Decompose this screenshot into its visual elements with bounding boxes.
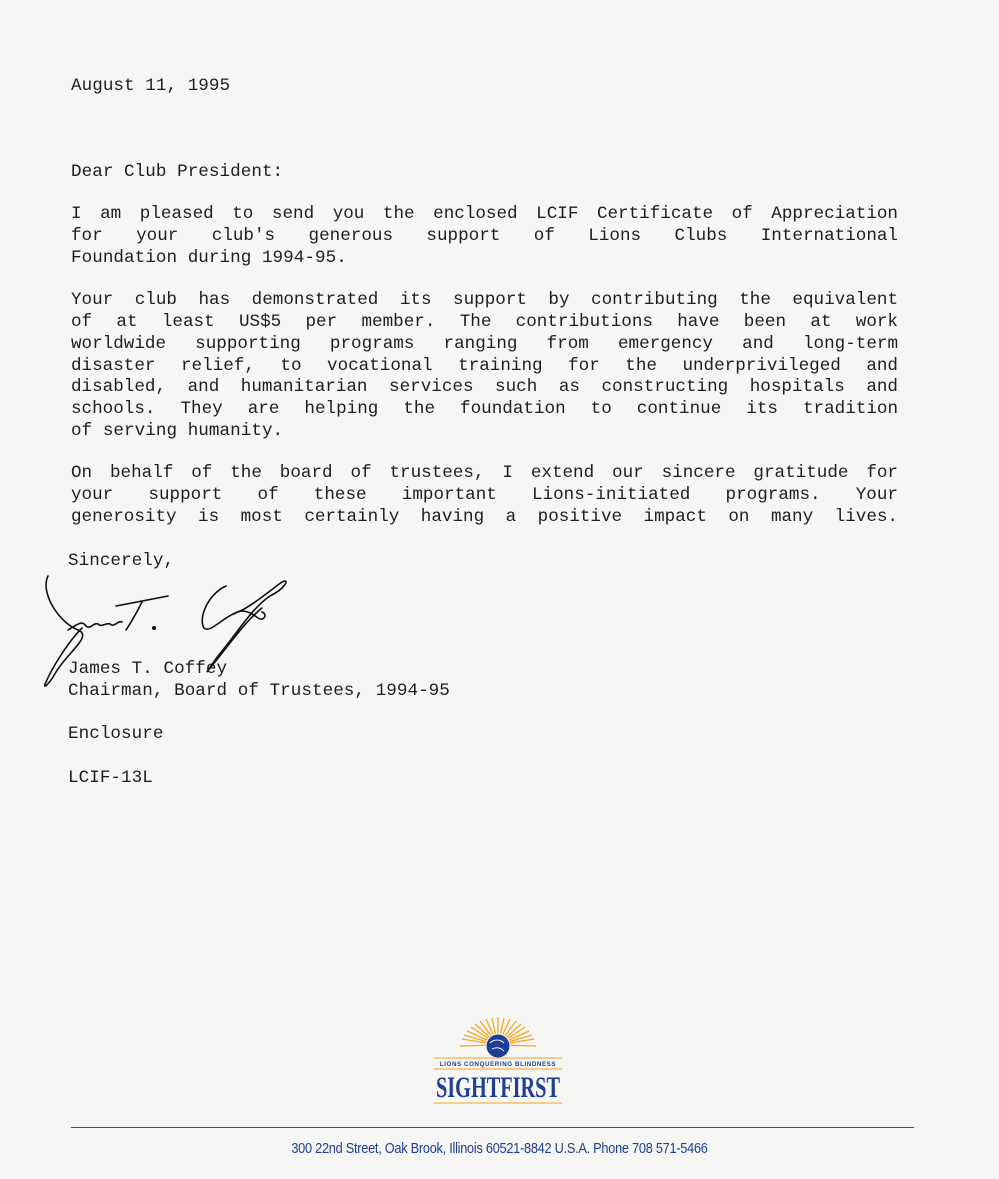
logo-tagline: LIONS CONQUERING BLINDNESS [440, 1061, 556, 1068]
paragraph-3-line-3: generosity is most certainly having a po… [71, 507, 898, 527]
footer-address: 300 22nd Street, Oak Brook, Illinois 605… [60, 1141, 939, 1157]
paragraph-1-line-1: I am pleased to send you the enclosed LC… [71, 204, 898, 224]
form-code: LCIF-13L [68, 768, 153, 788]
paragraph-2-line-3: worldwide supporting programs ranging fr… [71, 334, 898, 354]
letter-page: August 11, 1995 Dear Club President: I a… [0, 0, 999, 1179]
paragraph-1-line-3: Foundation during 1994-95. [71, 248, 347, 268]
paragraph-3-line-2: your support of these important Lions-in… [71, 485, 898, 505]
signer-title: Chairman, Board of Trustees, 1994-95 [68, 681, 450, 701]
paragraph-3-line-1: On behalf of the board of trustees, I ex… [71, 463, 898, 483]
logo-brand: SIGHTFIRST [436, 1071, 560, 1104]
sightfirst-logo-icon: LIONS CONQUERING BLINDNESS SIGHTFIRST [428, 1015, 568, 1115]
paragraph-2-line-4: disaster relief, to vocational training … [71, 356, 898, 376]
paragraph-1-line-2: for your club's generous support of Lion… [71, 226, 898, 246]
salutation: Dear Club President: [71, 162, 283, 182]
paragraph-2-line-6: schools. They are helping the foundation… [71, 399, 898, 419]
paragraph-2-line-5: disabled, and humanitarian services such… [71, 377, 898, 397]
letter-date: August 11, 1995 [71, 76, 230, 96]
paragraph-2-line-2: of at least US$5 per member. The contrib… [71, 312, 898, 332]
signer-name: James T. Coffey [68, 659, 227, 679]
paragraph-2-line-1: Your club has demonstrated its support b… [71, 290, 898, 310]
footer-divider [71, 1127, 914, 1128]
enclosure-note: Enclosure [68, 724, 163, 744]
paragraph-2-line-7: of serving humanity. [71, 421, 283, 441]
closing: Sincerely, [68, 551, 174, 571]
